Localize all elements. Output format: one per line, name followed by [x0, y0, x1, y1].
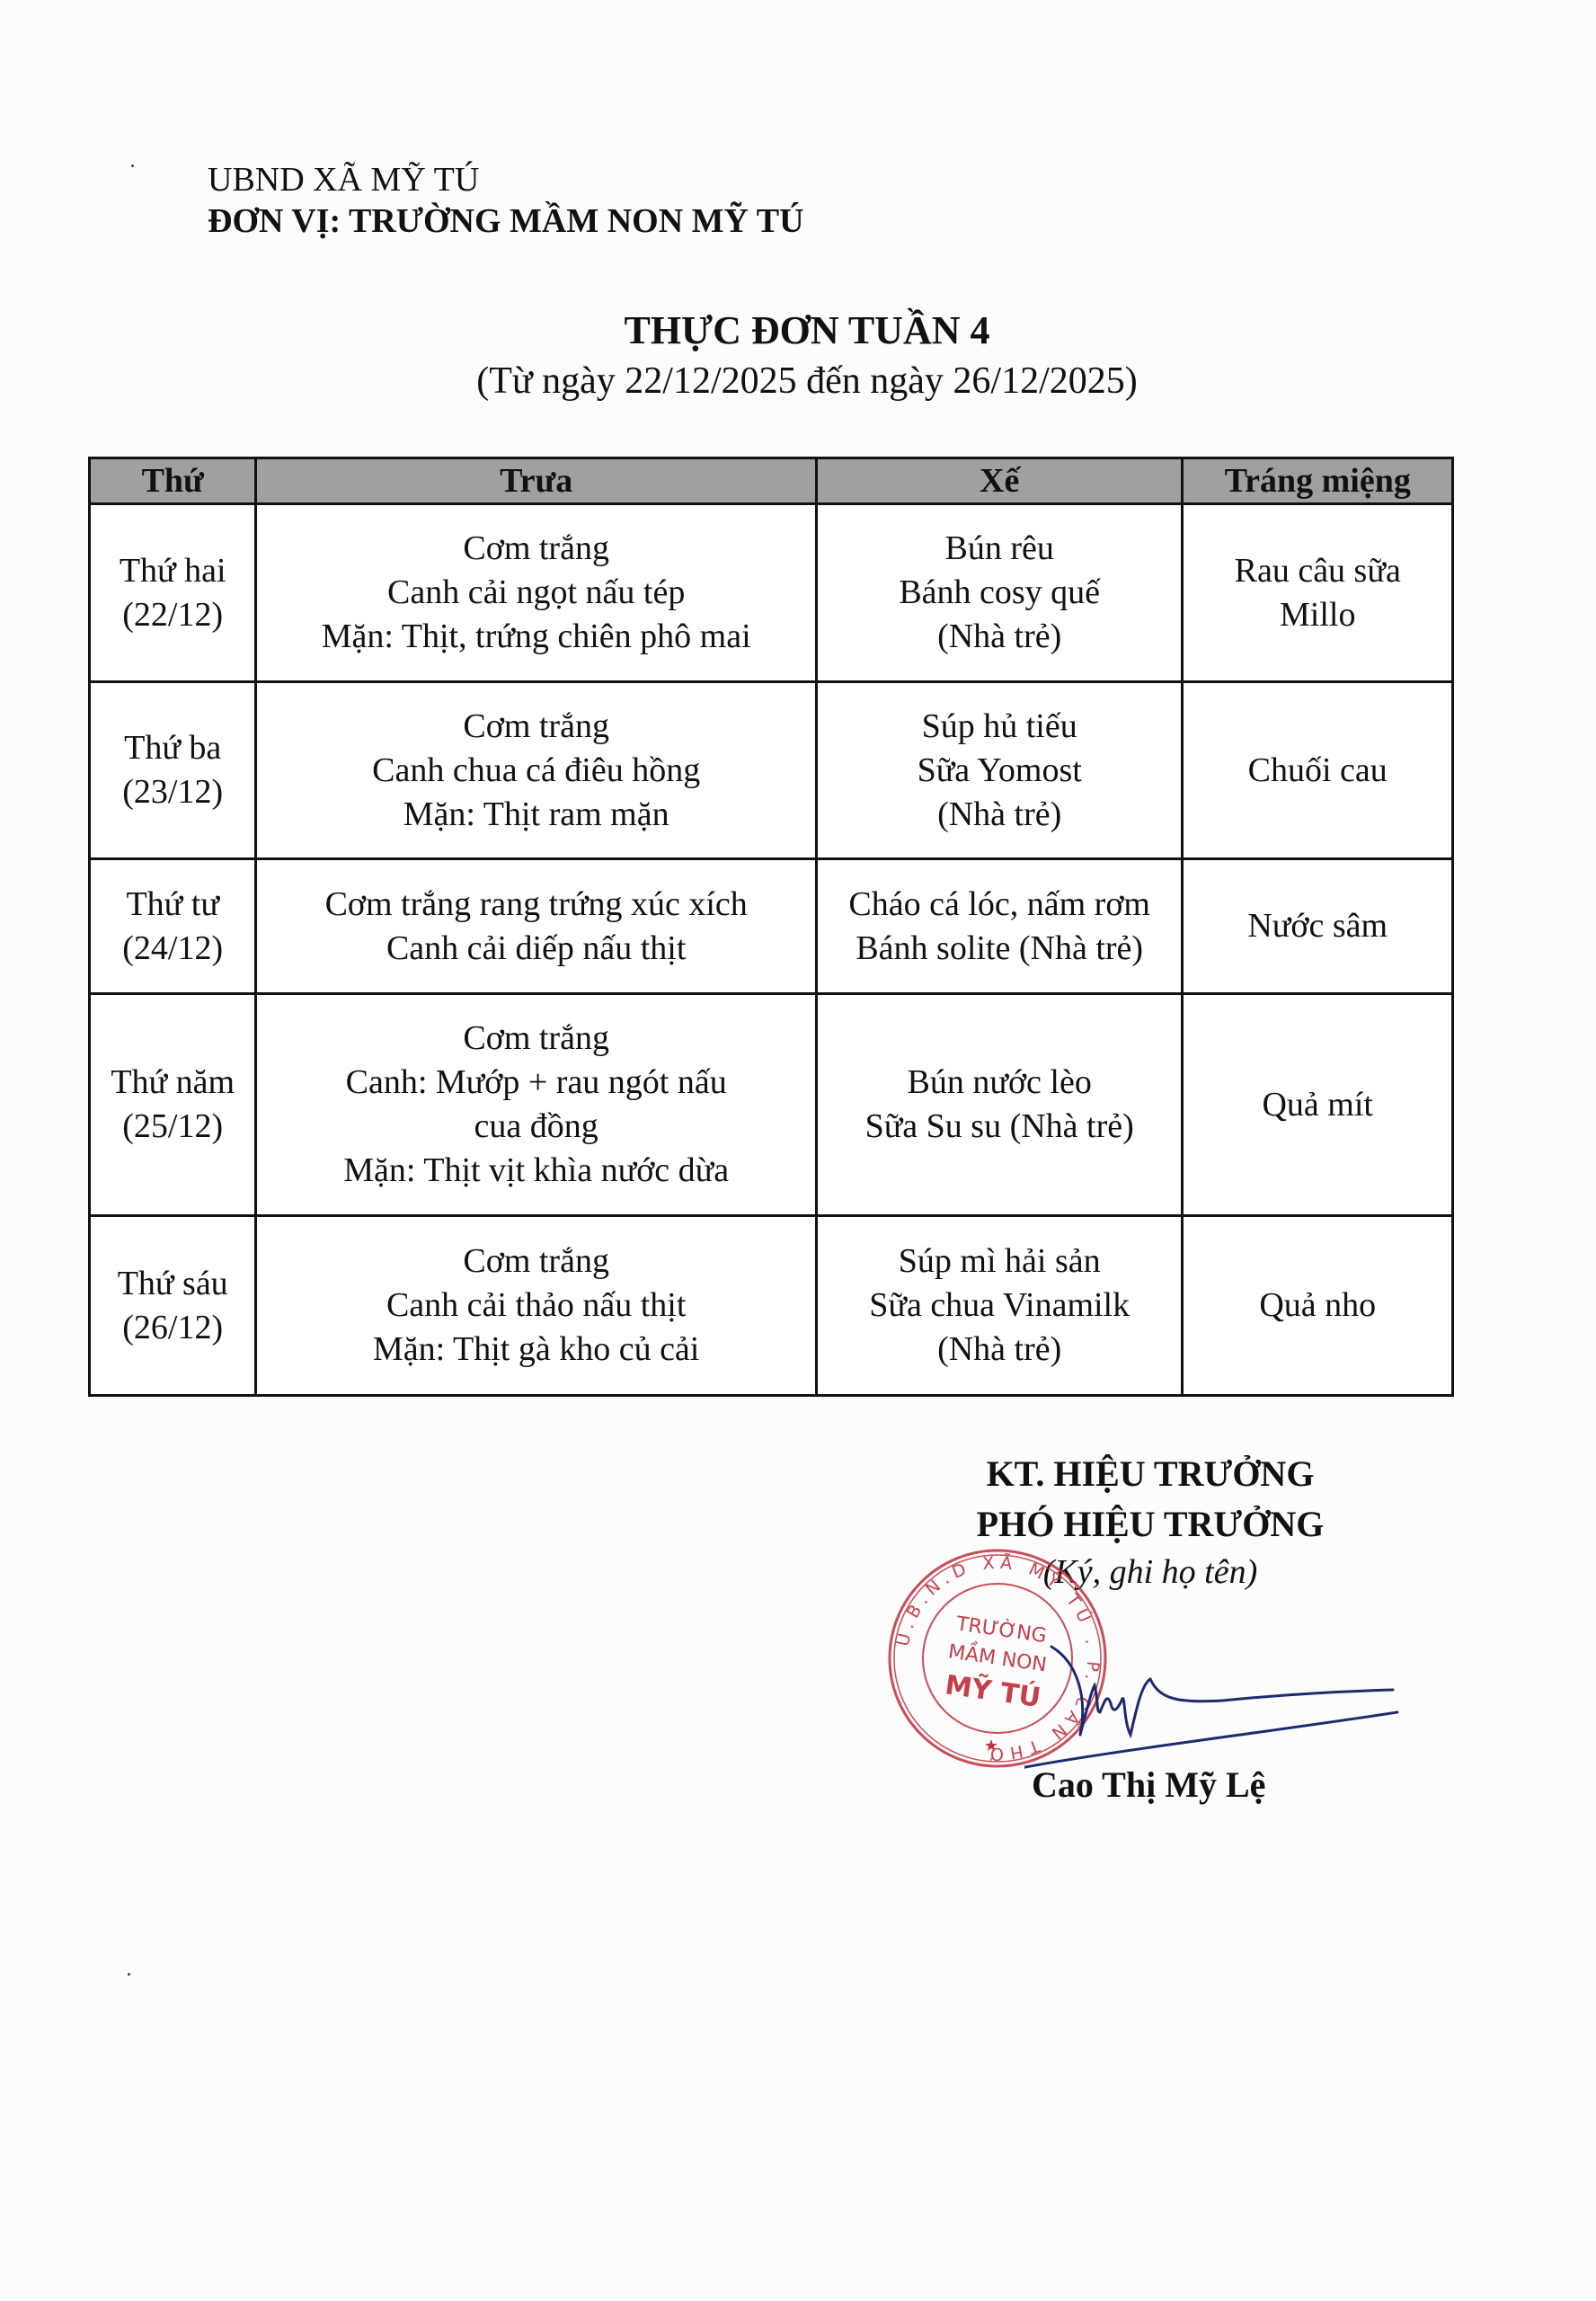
document-header: UBND XÃ MỸ TÚ ĐƠN VỊ: TRƯỜNG MẦM NON MỸ … [208, 160, 804, 243]
dessert-cell: Quả mít [1183, 994, 1453, 1216]
lunch-cell-line: Canh: Mướp + rau ngót nấu [264, 1061, 808, 1105]
snack-cell: Súp mì hải sảnSữa chua Vinamilk(Nhà trẻ) [816, 1216, 1183, 1396]
lunch-cell-line: Canh chua cá điêu hồng [264, 749, 808, 793]
snack-cell-line: Cháo cá lóc, nấm rơm [825, 883, 1175, 927]
snack-cell-line: Bún rêu [825, 527, 1175, 571]
lunch-cell-line: Mặn: Thịt vịt khìa nước dừa [264, 1149, 808, 1193]
day-cell: Thứ hai(22/12) [90, 504, 256, 682]
dessert-cell-line: Millo [1191, 593, 1444, 637]
dessert-cell: Nước sâm [1183, 859, 1453, 994]
snack-cell: Cháo cá lóc, nấm rơmBánh solite (Nhà trẻ… [816, 859, 1183, 994]
dessert-cell: Quả nho [1183, 1216, 1453, 1396]
snack-cell-line: Sữa chua Vinamilk [825, 1284, 1175, 1328]
table-row: Thứ tư(24/12)Cơm trắng rang trứng xúc xí… [90, 859, 1453, 994]
lunch-cell-line: Canh cải thảo nấu thịt [264, 1284, 808, 1328]
snack-cell: Bún rêuBánh cosy quế(Nhà trẻ) [816, 504, 1183, 682]
column-header-snack: Xế [816, 458, 1183, 504]
table-row: Thứ sáu(26/12)Cơm trắngCanh cải thảo nấu… [90, 1216, 1453, 1396]
scan-speck [128, 1973, 130, 1976]
svg-text:★: ★ [984, 1737, 998, 1755]
snack-cell-line: (Nhà trẻ) [825, 615, 1175, 659]
date-range: (Từ ngày 22/12/2025 đến ngày 26/12/2025) [0, 356, 1596, 406]
dessert-cell-line: Nước sâm [1191, 904, 1444, 948]
lunch-cell: Cơm trắng rang trứng xúc xíchCanh cải di… [256, 859, 817, 994]
snack-cell-line: Sữa Yomost [825, 749, 1175, 793]
day-date: (25/12) [98, 1105, 247, 1149]
lunch-cell: Cơm trắngCanh chua cá điêu hồngMặn: Thịt… [256, 682, 817, 859]
lunch-cell-line: Cơm trắng [264, 1017, 808, 1061]
day-date: (24/12) [98, 927, 247, 971]
snack-cell: Bún nước lèoSữa Su su (Nhà trẻ) [816, 994, 1183, 1216]
lunch-cell-line: Cơm trắng rang trứng xúc xích [264, 883, 808, 927]
dessert-cell-line: Chuối cau [1191, 749, 1444, 793]
column-header-lunch: Trưa [256, 458, 817, 504]
handwritten-signature-icon [1024, 1636, 1402, 1771]
dessert-cell-line: Rau câu sữa [1191, 549, 1444, 593]
snack-cell: Súp hủ tiếuSữa Yomost(Nhà trẻ) [816, 682, 1183, 859]
lunch-cell-line: Mặn: Thịt gà kho củ cải [264, 1328, 808, 1372]
day-cell: Thứ năm(25/12) [90, 994, 256, 1216]
signer-name: Cao Thị Mỹ Lệ [1032, 1764, 1265, 1806]
dessert-cell: Rau câu sữaMillo [1183, 504, 1453, 682]
snack-cell-line: Bún nước lèo [825, 1061, 1175, 1105]
lunch-cell-line: Mặn: Thịt ram mặn [264, 793, 808, 837]
day-name: Thứ ba [98, 726, 247, 770]
day-name: Thứ sáu [98, 1262, 247, 1306]
day-name: Thứ hai [98, 549, 247, 593]
day-date: (26/12) [98, 1306, 247, 1350]
table-row: Thứ ba(23/12)Cơm trắngCanh chua cá điêu … [90, 682, 1453, 859]
table-header-row: Thứ Trưa Xế Tráng miệng [90, 458, 1453, 504]
signer-title-line1: KT. HIỆU TRƯỞNG [944, 1449, 1357, 1499]
snack-cell-line: Bánh solite (Nhà trẻ) [825, 927, 1175, 971]
authority-name: UBND XÃ MỸ TÚ [208, 160, 804, 200]
day-name: Thứ tư [98, 883, 247, 927]
page-title: THỰC ĐƠN TUẦN 4 [0, 306, 1596, 356]
lunch-cell-line: cua đồng [264, 1105, 808, 1149]
lunch-cell-line: Cơm trắng [264, 705, 808, 749]
day-cell: Thứ sáu(26/12) [90, 1216, 256, 1396]
day-cell: Thứ ba(23/12) [90, 682, 256, 859]
lunch-cell-line: Cơm trắng [264, 527, 808, 571]
lunch-cell: Cơm trắngCanh: Mướp + rau ngót nấucua đồ… [256, 994, 817, 1216]
day-name: Thứ năm [98, 1061, 247, 1105]
table-row: Thứ năm(25/12)Cơm trắngCanh: Mướp + rau … [90, 994, 1453, 1216]
table-row: Thứ hai(22/12)Cơm trắngCanh cải ngọt nấu… [90, 504, 1453, 682]
snack-cell-line: Súp hủ tiếu [825, 705, 1175, 749]
snack-cell-line: Súp mì hải sản [825, 1239, 1175, 1284]
snack-cell-line: Bánh cosy quế [825, 571, 1175, 615]
lunch-cell-line: Canh cải ngọt nấu tép [264, 571, 808, 615]
dessert-cell-line: Quả nho [1191, 1284, 1444, 1328]
dessert-cell-line: Quả mít [1191, 1083, 1444, 1127]
scan-speck [131, 164, 134, 167]
unit-name: ĐƠN VỊ: TRƯỜNG MẦM NON MỸ TÚ [208, 200, 804, 243]
column-header-dessert: Tráng miệng [1183, 458, 1453, 504]
dessert-cell: Chuối cau [1183, 682, 1453, 859]
day-cell: Thứ tư(24/12) [90, 859, 256, 994]
column-header-day: Thứ [90, 458, 256, 504]
snack-cell-line: (Nhà trẻ) [825, 793, 1175, 837]
snack-cell-line: (Nhà trẻ) [825, 1328, 1175, 1372]
day-date: (23/12) [98, 770, 247, 814]
lunch-cell: Cơm trắngCanh cải thảo nấu thịtMặn: Thịt… [256, 1216, 817, 1396]
menu-title-block: THỰC ĐƠN TUẦN 4 (Từ ngày 22/12/2025 đến … [0, 306, 1596, 406]
signer-title-line2: PHÓ HIỆU TRƯỞNG [944, 1499, 1357, 1550]
lunch-cell: Cơm trắngCanh cải ngọt nấu tépMặn: Thịt,… [256, 504, 817, 682]
day-date: (22/12) [98, 593, 247, 637]
snack-cell-line: Sữa Su su (Nhà trẻ) [825, 1105, 1175, 1149]
lunch-cell-line: Canh cải diếp nấu thịt [264, 927, 808, 971]
weekly-menu-table: Thứ Trưa Xế Tráng miệng Thứ hai(22/12)Cơ… [88, 457, 1454, 1397]
lunch-cell-line: Mặn: Thịt, trứng chiên phô mai [264, 615, 808, 659]
lunch-cell-line: Cơm trắng [264, 1239, 808, 1284]
